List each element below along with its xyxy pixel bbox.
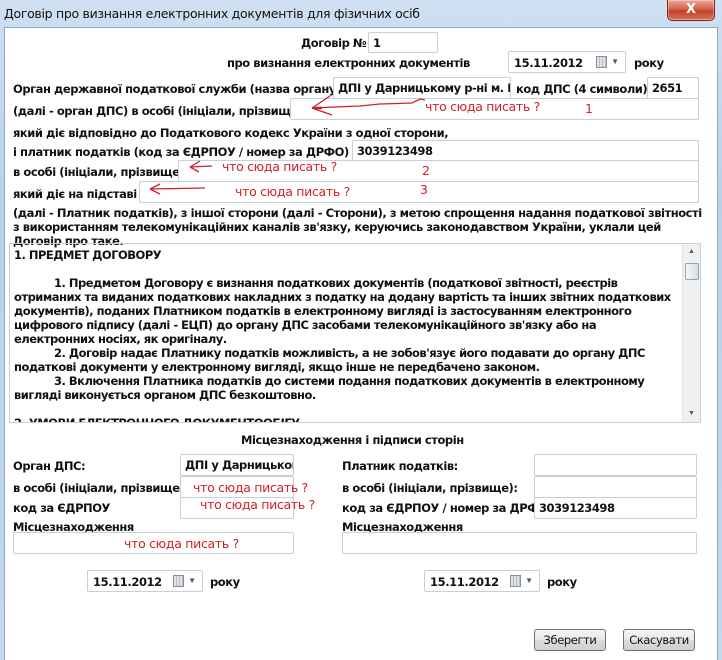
annotation-number-1: 1 [585, 101, 593, 116]
annotation-question-1: что сюда писать ? [425, 99, 540, 114]
dialog-client-area: Договір № 1 про визнання електронних док… [4, 27, 718, 660]
right-date-picker[interactable]: 15.11.2012 ▼ [424, 570, 540, 592]
dps-name-label: Орган державної податкової служби (назва… [13, 82, 341, 96]
right-org-input[interactable] [534, 454, 697, 476]
vertical-scrollbar[interactable]: ▲ ▼ [682, 244, 700, 422]
title-bar: Договір про визнання електронних докумен… [0, 0, 722, 28]
clause-3: 3. Включення Платника податків до систем… [14, 374, 680, 402]
dps-code-input[interactable]: 2651 [647, 77, 699, 99]
dps-code-label: код ДПС (4 символи): [516, 82, 651, 96]
clause-1: 1. Предметом Договору є визнання податко… [14, 276, 680, 346]
annotation-question-3: что сюда писать ? [235, 184, 350, 199]
dps-person-label: (далі - орган ДПС) в особі (ініціали, пр… [13, 104, 303, 118]
signatures-title: Місцезнаходження і підписи сторін [241, 433, 464, 447]
scroll-up-arrow-icon[interactable]: ▲ [683, 244, 700, 260]
taxpayer-code-input[interactable]: 3039123498 [352, 140, 699, 162]
annotation-number-2: 2 [422, 163, 430, 178]
right-code-label: код за ЄДРПОУ / номер за ДРФО [342, 501, 548, 515]
preamble-line-1: (далі - Платник податків), з іншої сторо… [13, 206, 703, 220]
dropdown-arrow-icon[interactable]: ▼ [611, 57, 619, 66]
close-button[interactable]: X [667, 0, 715, 21]
header-year-label: року [634, 56, 664, 70]
subtitle: про визнання електронних документів [227, 56, 470, 70]
window-title: Договір про визнання електронних докумен… [4, 6, 420, 21]
right-year-label: року [547, 575, 577, 589]
section-2-title: 2. УМОВИ ЕЛЕКТРОННОГО ДОКУМЕНТООБІГУ [14, 416, 680, 423]
left-date-picker[interactable]: 15.11.2012 ▼ [87, 570, 203, 592]
taxpayer-code-label: і платник податків (код за ЄДРПОУ / номе… [13, 145, 349, 159]
right-org-label: Платник податків: [342, 459, 458, 473]
acting-line: який діє відповідно до Податкового кодек… [13, 126, 448, 140]
annotation-question-left-code: что сюда писать ? [200, 497, 315, 512]
preamble-line-2: з використанням телекомунікаційних канал… [13, 220, 703, 234]
right-date-value: 15.11.2012 [430, 575, 499, 589]
contract-number-input[interactable]: 1 [368, 32, 438, 53]
basis-input[interactable] [139, 181, 699, 203]
dropdown-arrow-icon[interactable]: ▼ [525, 576, 533, 585]
left-person-label: в особі (ініціали, прізвище): [13, 481, 189, 495]
header-date-picker[interactable]: 15.11.2012 ▼ [508, 51, 626, 73]
header-date-value: 15.11.2012 [514, 56, 583, 70]
right-person-input[interactable] [534, 476, 697, 498]
calendar-icon[interactable] [596, 56, 607, 68]
left-code-label: код за ЄДРПОУ [13, 501, 110, 515]
dps-name-input[interactable]: ДПІ у Дарницькому р-ні м. Ки [333, 77, 511, 99]
preamble: (далі - Платник податків), з іншої сторо… [13, 206, 703, 248]
scroll-down-arrow-icon[interactable]: ▼ [683, 406, 700, 422]
taxpayer-person-label: в особі (ініціали, прізвище) [13, 165, 184, 179]
cancel-button[interactable]: Скасувати [623, 629, 695, 651]
contract-text-area[interactable]: 1. ПРЕДМЕТ ДОГОВОРУ 1. Предметом Договор… [9, 243, 701, 423]
calendar-icon[interactable] [510, 575, 521, 587]
right-code-input[interactable]: 3039123498 [534, 497, 697, 519]
annotation-question-2: что сюда писать ? [222, 159, 337, 174]
contract-number-label: Договір № [301, 36, 366, 50]
scroll-thumb[interactable] [685, 263, 699, 280]
save-button[interactable]: Зберегти [534, 629, 606, 651]
calendar-icon[interactable] [173, 575, 184, 587]
clause-2: 2. Договір надає Платнику податків можли… [14, 346, 680, 374]
dropdown-arrow-icon[interactable]: ▼ [188, 576, 196, 585]
section-1-title: 1. ПРЕДМЕТ ДОГОВОРУ [14, 248, 680, 262]
right-person-label: в особі (ініціали, прізвище): [342, 481, 518, 495]
left-year-label: року [210, 575, 240, 589]
left-org-input[interactable]: ДПІ у Дарницьком [180, 454, 294, 476]
annotation-question-left-person: что сюда писать ? [193, 480, 308, 495]
annotation-number-3: 3 [420, 182, 428, 197]
basis-label: який діє на підставі [13, 187, 137, 201]
left-org-label: Орган ДПС: [13, 459, 85, 473]
left-date-value: 15.11.2012 [93, 575, 162, 589]
right-location-input[interactable] [342, 532, 697, 554]
annotation-question-left-location: что сюда писать ? [124, 536, 239, 551]
